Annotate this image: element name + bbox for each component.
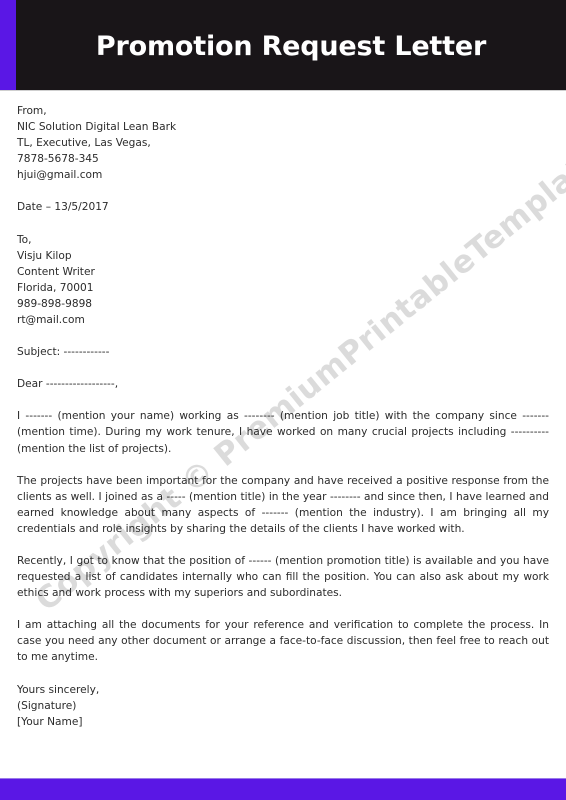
recipient-block: To, Visju Kilop Content Writer Florida, …: [17, 232, 549, 329]
name-placeholder: [Your Name]: [17, 714, 549, 730]
signature-placeholder: (Signature): [17, 698, 549, 714]
recipient-email: rt@mail.com: [17, 312, 549, 328]
footer-bar: [0, 778, 566, 800]
recipient-title: Content Writer: [17, 264, 549, 280]
letter-date: Date – 13/5/2017: [17, 199, 549, 215]
sender-title-location: TL, Executive, Las Vegas,: [17, 135, 549, 151]
paragraph-intro: I ------- (mention your name) working as…: [17, 408, 549, 456]
recipient-name: Visju Kilop: [17, 248, 549, 264]
paragraph-attachments: I am attaching all the documents for you…: [17, 617, 549, 665]
accent-stripe: [0, 0, 16, 90]
sender-block: From, NIC Solution Digital Lean Bark TL,…: [17, 103, 549, 183]
closing-block: Yours sincerely, (Signature) [Your Name]: [17, 682, 549, 730]
sender-email: hjui@gmail.com: [17, 167, 549, 183]
header-bar: Promotion Request Letter: [0, 0, 566, 91]
letter-body: From, NIC Solution Digital Lean Bark TL,…: [17, 103, 549, 730]
sender-company: NIC Solution Digital Lean Bark: [17, 119, 549, 135]
paragraph-experience: The projects have been important for the…: [17, 473, 549, 537]
sender-label: From,: [17, 103, 549, 119]
recipient-address: Florida, 70001: [17, 280, 549, 296]
sender-phone: 7878-5678-345: [17, 151, 549, 167]
recipient-label: To,: [17, 232, 549, 248]
subject-line: Subject: ------------: [17, 344, 549, 360]
page-title: Promotion Request Letter: [16, 0, 566, 90]
recipient-phone: 989-898-9898: [17, 296, 549, 312]
salutation: Dear ------------------,: [17, 376, 549, 392]
paragraph-position: Recently, I got to know that the positio…: [17, 553, 549, 601]
closing-phrase: Yours sincerely,: [17, 682, 549, 698]
